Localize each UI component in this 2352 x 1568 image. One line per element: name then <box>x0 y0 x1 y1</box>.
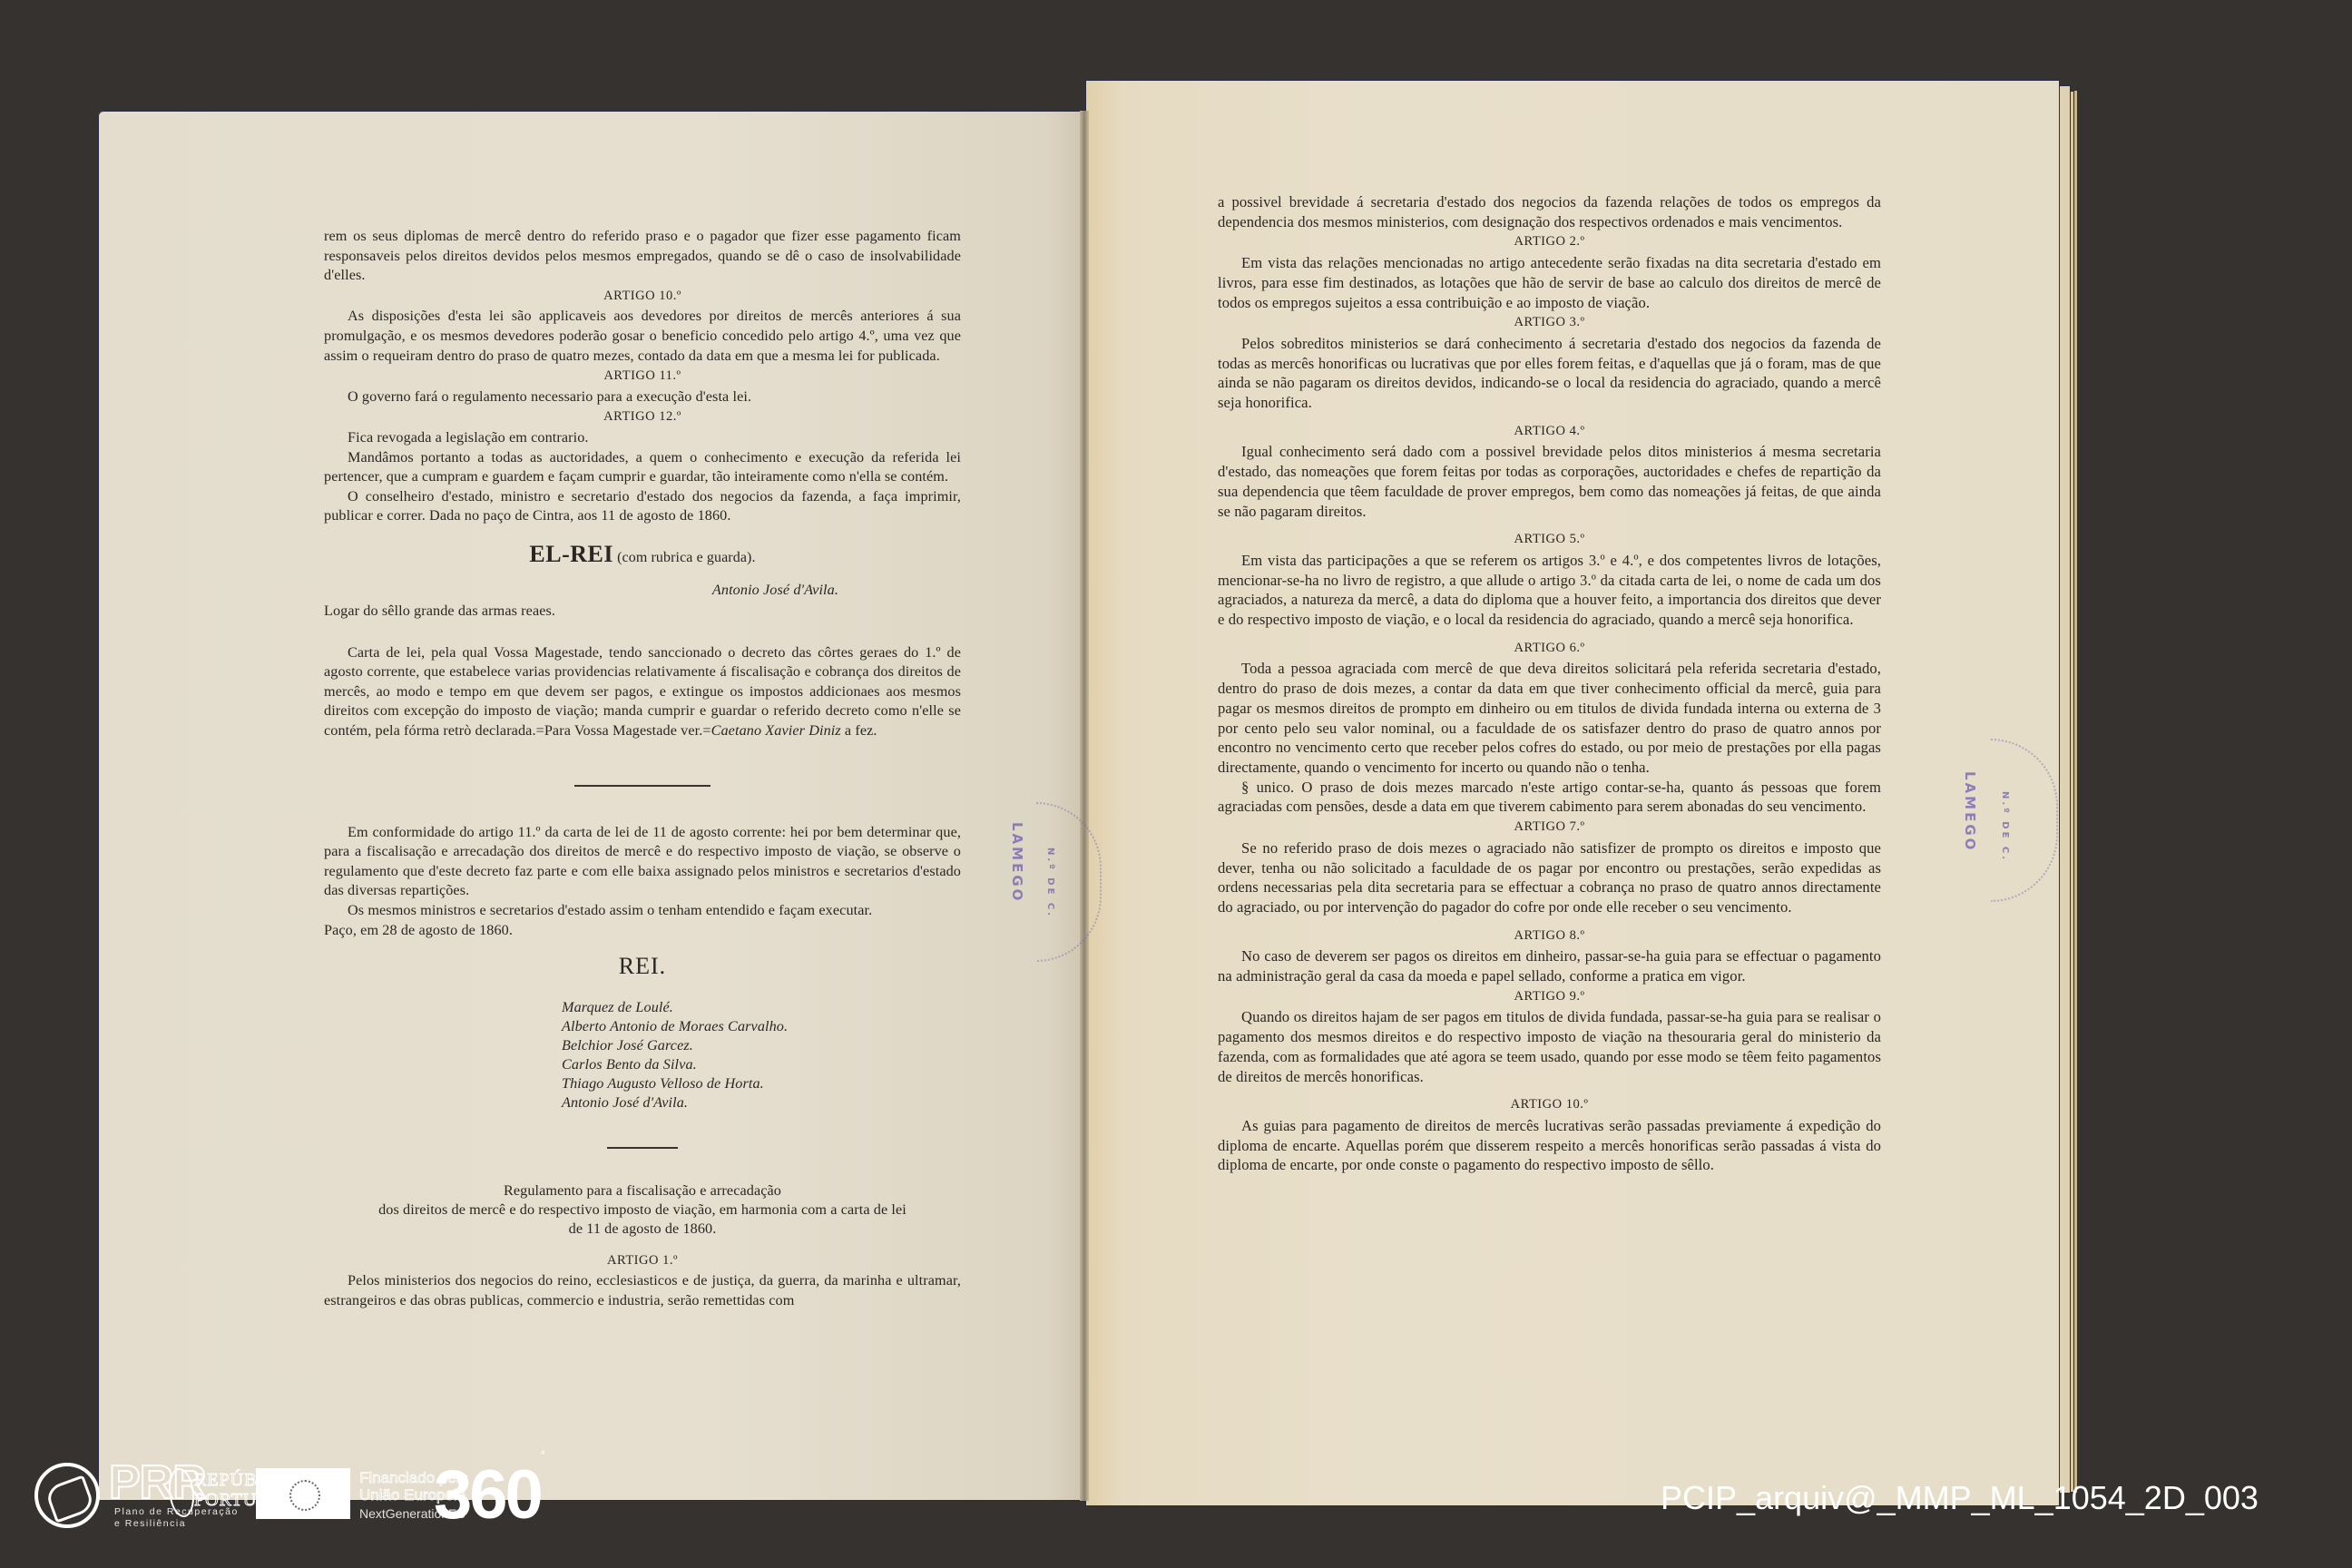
article-heading: ARTIGO 9.º <box>1218 987 1881 1007</box>
article-heading: ARTIGO 11.º <box>324 367 961 387</box>
article-paragraph: No caso de deverem ser pagos os direitos… <box>1218 946 1881 985</box>
article-heading: ARTIGO 12.º <box>324 407 961 427</box>
article-paragraph: Quando os direitos hajam de ser pagos em… <box>1218 1007 1881 1086</box>
article-heading: ARTIGO 4.º <box>1218 422 1881 442</box>
article-paragraph: O governo fará o regulamento necessario … <box>324 387 961 407</box>
minister-name: Thiago Augusto Velloso de Horta. <box>562 1074 961 1093</box>
article-heading: ARTIGO 3.º <box>1218 313 1881 333</box>
stamp-city: LAMEGO <box>1009 822 1025 903</box>
degree-icon: ° <box>541 1448 543 1461</box>
carta-de-lei: Carta de lei, pela qual Vossa Magestade,… <box>324 643 961 741</box>
minister-name: Marquez de Loulé. <box>562 998 961 1017</box>
article-paragraph: Igual conhecimento será dado com a possi… <box>1218 442 1881 521</box>
museum-stamp: LAMEGO N.º DE C. <box>1951 726 2060 907</box>
article-paragraph: Em vista das participações a que se refe… <box>1218 551 1881 630</box>
article-paragraph: As guias para pagamento de direitos de m… <box>1218 1116 1881 1175</box>
el-rei-signature: EL-REI (com rubrica e guarda). <box>324 544 961 568</box>
section-divider <box>607 1147 678 1149</box>
decree-paragraph: Em conformidade do artigo 11.º da carta … <box>324 823 961 901</box>
minister-name: Alberto Antonio de Moraes Carvalho. <box>562 1017 961 1036</box>
regulation-title: Regulamento para a fiscalisação e arreca… <box>324 1181 961 1239</box>
el-rei-title: EL-REI <box>529 541 613 567</box>
article-heading: ARTIGO 10.º <box>324 287 961 307</box>
archive-id: PCIP_arquiv@_MMP_ML_1054_2D_003 <box>1661 1479 2259 1517</box>
article-heading: ARTIGO 2.º <box>1218 232 1881 252</box>
eu-flag-icon <box>256 1468 350 1519</box>
article-heading: ARTIGO 7.º <box>1218 818 1881 838</box>
brand-360-logo: 360° <box>434 1455 543 1534</box>
ministers-list: Marquez de Loulé.Alberto Antonio de Mora… <box>562 998 961 1112</box>
article-paragraph: O conselheiro d'estado, ministro e secre… <box>324 487 961 526</box>
regulation-title-line: dos direitos de mercê e do respectivo im… <box>324 1200 961 1220</box>
minister-name: Antonio José d'Avila. <box>562 1093 961 1112</box>
article-heading: ARTIGO 10.º <box>1218 1095 1881 1115</box>
prr-logo-icon <box>34 1463 100 1528</box>
rei-signature: REI. <box>324 956 961 976</box>
article-heading: ARTIGO 1.º <box>324 1251 961 1271</box>
stamp-city: LAMEGO <box>1962 771 1978 852</box>
brand-360-number: 360 <box>434 1456 541 1534</box>
decree-paragraph: Os mesmos ministros e secretarios d'esta… <box>324 901 961 921</box>
stamp-mid: N.º DE C. <box>1045 848 1055 918</box>
carta-suffix: a fez. <box>841 722 877 739</box>
article-paragraph: rem os seus diplomas de mercê dentro do … <box>324 227 961 286</box>
section-divider <box>574 785 710 787</box>
decree-date: Paço, em 28 de agosto de 1860. <box>324 921 961 941</box>
eu-stars-icon <box>289 1480 320 1511</box>
article-paragraph: Mandâmos portanto a todas as auctoridade… <box>324 448 961 487</box>
article-paragraph: Em vista das relações mencionadas no art… <box>1218 253 1881 312</box>
museum-stamp: LAMEGO N.º DE C. <box>1005 789 1105 971</box>
carta-author: Caetano Xavier Diniz <box>711 722 841 739</box>
article-paragraph: Toda a pessoa agraciada com mercê de que… <box>1218 659 1881 777</box>
left-page-text: rem os seus diplomas de mercê dentro do … <box>324 227 961 1311</box>
regulation-title-line: de 11 de agosto de 1860. <box>324 1220 961 1239</box>
article-paragraph: Pelos sobreditos ministerios se dará con… <box>1218 334 1881 413</box>
article-paragraph: Se no referido praso de dois mezes o agr… <box>1218 838 1881 917</box>
minister-signature: Antonio José d'Avila. <box>324 581 961 601</box>
prr-subtitle-line: e Resiliência <box>114 1518 239 1530</box>
minister-name: Belchior José Garcez. <box>562 1036 961 1055</box>
article-paragraph: Fica revogada a legislação em contrario. <box>324 428 961 448</box>
left-articles: rem os seus diplomas de mercê dentro do … <box>324 227 961 526</box>
stamp-mid: N.º DE C. <box>2000 791 2010 862</box>
minister-name: Carlos Bento da Silva. <box>562 1055 961 1074</box>
right-page-text: a possivel brevidade á secretaria d'esta… <box>1218 192 1881 1175</box>
article-heading: ARTIGO 8.º <box>1218 926 1881 946</box>
seal-line: Logar do sêllo grande das armas reaes. <box>324 602 961 622</box>
article-heading: ARTIGO 5.º <box>1218 530 1881 550</box>
article-paragraph: As disposições d'esta lei são applicavei… <box>324 307 961 366</box>
article-text: Pelos ministerios dos negocios do reino,… <box>324 1271 961 1310</box>
el-rei-note: (com rubrica e guarda). <box>617 550 755 565</box>
article-paragraph: a possivel brevidade á secretaria d'esta… <box>1218 192 1881 231</box>
regulation-title-line: Regulamento para a fiscalisação e arreca… <box>324 1181 961 1200</box>
article-heading: ARTIGO 6.º <box>1218 639 1881 659</box>
article-paragraph: § unico. O praso de dois mezes marcado n… <box>1218 778 1881 817</box>
